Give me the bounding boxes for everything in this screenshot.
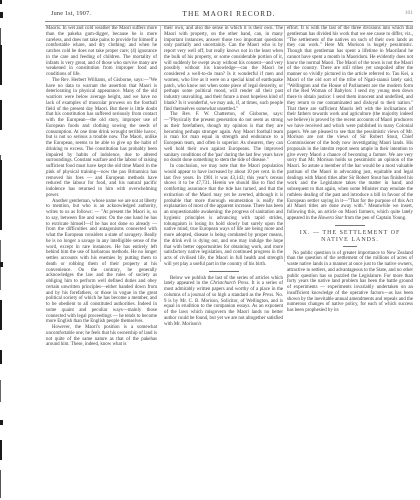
binding-mark bbox=[0, 160, 2, 230]
publication-name: Christchurch Press bbox=[210, 281, 248, 286]
binding-mark bbox=[0, 300, 2, 330]
binding-mark bbox=[0, 350, 2, 364]
paragraph: No public question is of greater importa… bbox=[287, 251, 413, 314]
paragraph: The Rev. Herbert Williams, of Gisborne, … bbox=[46, 78, 157, 199]
section-heading: IX. — THE SETTLEMENT OF NATIVE LANDS. bbox=[287, 230, 413, 244]
text-span: effort. It is with the last of the three… bbox=[287, 26, 413, 221]
section-separator-rule bbox=[209, 271, 239, 272]
publication-name: Hawera Star bbox=[318, 216, 343, 221]
binding-mark bbox=[0, 380, 1, 402]
binding-mark bbox=[0, 470, 1, 498]
binding-mark bbox=[0, 440, 2, 460]
page-number: 101 bbox=[405, 10, 413, 16]
column-divider bbox=[160, 26, 161, 262]
paragraph: Maoris. In wet and cold weather the Maor… bbox=[46, 26, 157, 78]
paragraph: However, the Maori's position is a somew… bbox=[46, 325, 157, 348]
section-separator-rule bbox=[335, 225, 365, 226]
column-divider bbox=[284, 26, 285, 262]
text-span: from the pen of Captain Young. bbox=[343, 216, 406, 221]
paragraph: their own, and also the sense in which i… bbox=[164, 26, 283, 112]
column-1: Maoris. In wet and cold weather the Maor… bbox=[46, 26, 157, 348]
paragraph: The Rev. F. W. Chatterton, of Gisborne, … bbox=[164, 112, 283, 164]
page-binding-edge bbox=[0, 0, 8, 500]
publication-name: Press bbox=[262, 293, 273, 298]
paragraph: Another gentleman, whose name we are not… bbox=[46, 199, 157, 326]
binding-mark bbox=[0, 262, 3, 267]
column-2: their own, and also the sense in which i… bbox=[164, 26, 283, 327]
paragraph: effort. It is with the last of the three… bbox=[287, 26, 413, 222]
editorial-note-paragraph: Below we publish the last of the series … bbox=[164, 276, 283, 328]
column-3: effort. It is with the last of the three… bbox=[287, 26, 413, 314]
binding-mark bbox=[0, 12, 3, 18]
binding-mark bbox=[0, 45, 2, 85]
binding-mark bbox=[0, 100, 2, 130]
text-span: . No. 9 is by Mr. C. B. Morison, Solicit… bbox=[164, 293, 283, 327]
binding-mark bbox=[0, 420, 3, 425]
binding-mark bbox=[0, 0, 2, 4]
publication-title: THE MAORI RECORD. bbox=[45, 9, 413, 18]
section-separator-rule bbox=[343, 246, 357, 247]
paragraph: In conclusion, we may note that the Maor… bbox=[164, 164, 283, 268]
